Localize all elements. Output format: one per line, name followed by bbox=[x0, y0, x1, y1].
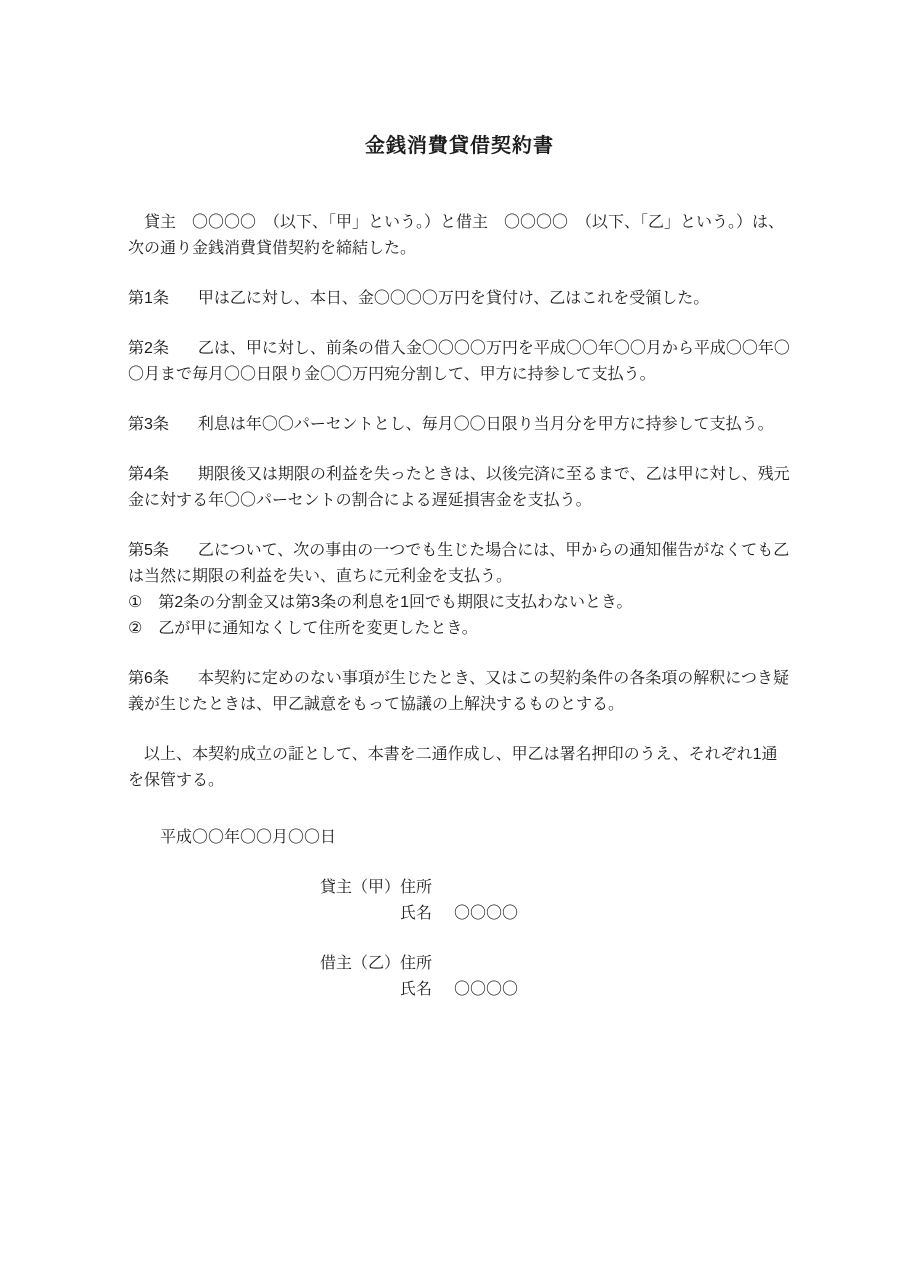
article-text: 期限後又は期限の利益を失ったときは、以後完済に至るまで、乙は甲に対し、残元金に対… bbox=[128, 466, 790, 509]
article-label-gap bbox=[169, 682, 198, 683]
signature-address-row: 住所 bbox=[400, 951, 791, 977]
address-label: 住所 bbox=[400, 955, 432, 972]
signature-fields: 住所氏名〇〇〇〇 bbox=[400, 875, 791, 927]
article-label-gap bbox=[169, 554, 198, 555]
signature-party-label: 借主（乙） bbox=[320, 951, 400, 1003]
name-value: 〇〇〇〇 bbox=[454, 981, 518, 998]
article-item: ① 第2条の分割金又は第3条の利息を1回でも期限に支払わないとき。 bbox=[128, 590, 791, 616]
article-label-gap bbox=[169, 428, 198, 429]
article-label-gap bbox=[169, 478, 198, 479]
article-text: 乙について、次の事由の一つでも生じた場合には、甲からの通知催告がなくても乙は当然… bbox=[128, 542, 789, 585]
name-label-gap bbox=[432, 993, 454, 994]
signature-name-row: 氏名〇〇〇〇 bbox=[400, 901, 791, 927]
signature-section: 貸主（甲）住所氏名〇〇〇〇借主（乙）住所氏名〇〇〇〇 bbox=[128, 875, 791, 1003]
article-label: 第6条 bbox=[128, 670, 169, 687]
articles-section: 第1条甲は乙に対し、本日、金〇〇〇〇万円を貸付け、乙はこれを受領した。第2条乙は… bbox=[128, 286, 791, 718]
signature-party-label: 貸主（甲） bbox=[320, 875, 400, 927]
name-label-gap bbox=[432, 917, 454, 918]
article-text: 乙は、甲に対し、前条の借入金〇〇〇〇万円を平成〇〇年〇〇月から平成〇〇年〇〇月ま… bbox=[128, 340, 790, 383]
signature-fields: 住所氏名〇〇〇〇 bbox=[400, 951, 791, 1003]
article-paragraph: 第6条本契約に定めのない事項が生じたとき、又はこの契約条件の各条項の解釈につき疑… bbox=[128, 666, 791, 718]
preamble-paragraph: 貸主 〇〇〇〇 （以下、「甲」という。）と借主 〇〇〇〇 （以下、「乙」という。… bbox=[128, 210, 791, 262]
closing-paragraph: 以上、本契約成立の証として、本書を二通作成し、甲乙は署名押印のうえ、それぞれ1通… bbox=[128, 742, 791, 794]
article-label: 第4条 bbox=[128, 466, 169, 483]
address-label: 住所 bbox=[400, 879, 432, 896]
article-paragraph: 第1条甲は乙に対し、本日、金〇〇〇〇万円を貸付け、乙はこれを受領した。 bbox=[128, 286, 791, 312]
signature-name-row: 氏名〇〇〇〇 bbox=[400, 977, 791, 1003]
article-text: 本契約に定めのない事項が生じたとき、又はこの契約条件の各条項の解釈につき疑義が生… bbox=[128, 670, 789, 713]
article-label: 第1条 bbox=[128, 290, 169, 307]
article-label: 第2条 bbox=[128, 340, 169, 357]
article-text: 利息は年〇〇パーセントとし、毎月〇〇日限り当月分を甲方に持参して支払う。 bbox=[198, 416, 774, 433]
article-label-gap bbox=[169, 302, 198, 303]
name-label: 氏名 bbox=[400, 981, 432, 998]
article-label-gap bbox=[169, 352, 198, 353]
contract-date: 平成〇〇年〇〇月〇〇日 bbox=[160, 825, 791, 851]
document-title: 金銭消費貸借契約書 bbox=[128, 133, 791, 159]
article-label: 第5条 bbox=[128, 542, 169, 559]
article-text: 甲は乙に対し、本日、金〇〇〇〇万円を貸付け、乙はこれを受領した。 bbox=[198, 290, 709, 307]
signature-block: 貸主（甲）住所氏名〇〇〇〇 bbox=[320, 875, 791, 927]
contract-document-page: 金銭消費貸借契約書 貸主 〇〇〇〇 （以下、「甲」という。）と借主 〇〇〇〇 （… bbox=[0, 0, 905, 1280]
signature-address-row: 住所 bbox=[400, 875, 791, 901]
name-value: 〇〇〇〇 bbox=[454, 905, 518, 922]
article-paragraph: 第2条乙は、甲に対し、前条の借入金〇〇〇〇万円を平成〇〇年〇〇月から平成〇〇年〇… bbox=[128, 336, 791, 388]
name-label: 氏名 bbox=[400, 905, 432, 922]
signature-block: 借主（乙）住所氏名〇〇〇〇 bbox=[320, 951, 791, 1003]
article-paragraph: 第5条乙について、次の事由の一つでも生じた場合には、甲からの通知催告がなくても乙… bbox=[128, 538, 791, 590]
article-paragraph: 第3条利息は年〇〇パーセントとし、毎月〇〇日限り当月分を甲方に持参して支払う。 bbox=[128, 412, 791, 438]
article-label: 第3条 bbox=[128, 416, 169, 433]
article-paragraph: 第4条期限後又は期限の利益を失ったときは、以後完済に至るまで、乙は甲に対し、残元… bbox=[128, 462, 791, 514]
article-item: ② 乙が甲に通知なくして住所を変更したとき。 bbox=[128, 616, 791, 642]
